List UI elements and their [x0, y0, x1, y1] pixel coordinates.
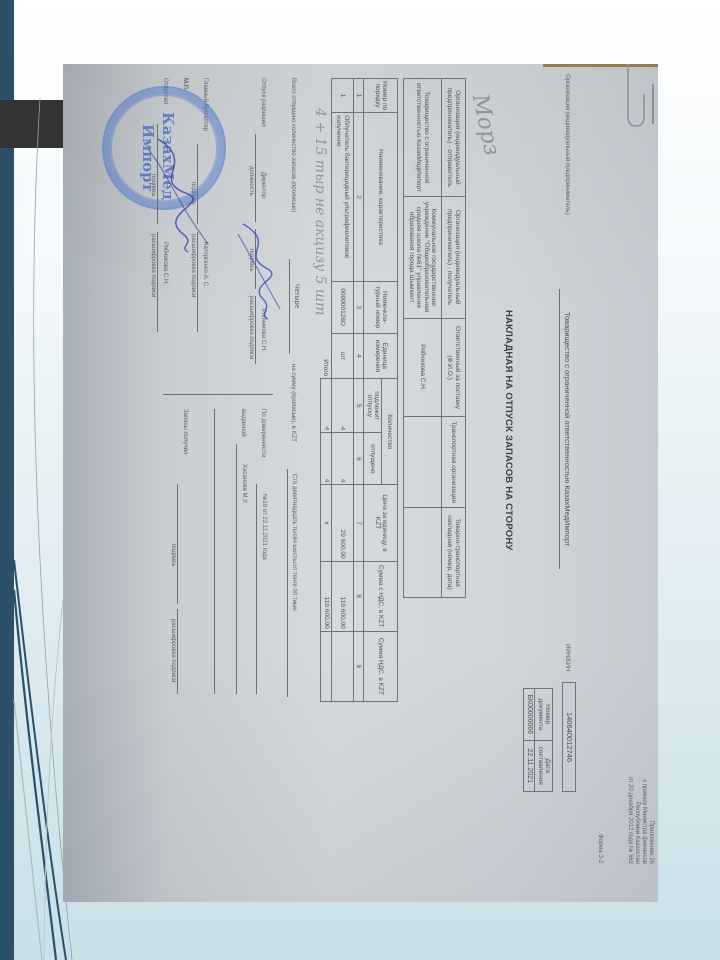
- director-position: Директор: [259, 172, 266, 198]
- position-caption: должность: [247, 166, 254, 196]
- row-nomenclature: 000000128О: [331, 281, 353, 333]
- org-name: Товарищество с ограниченной ответственно…: [562, 312, 571, 546]
- table-row: 1 Облучатель бактерицидный ультрафиолето…: [331, 79, 353, 702]
- position-line: [255, 134, 256, 222]
- column-numbers-row: 1 2 3 4 5 6 7 8 9: [353, 79, 363, 702]
- col-nomenclature-header: Номенкла-турный номер: [364, 281, 398, 333]
- divider-vertical: [163, 394, 273, 395]
- col-number: 9: [353, 631, 363, 701]
- total-qty-released: 4: [321, 433, 331, 485]
- row-qty-released: 4: [331, 433, 353, 485]
- col-number: 3: [353, 281, 363, 333]
- appendix-block: Приложение 26 к приказу Министра финансо…: [626, 724, 654, 864]
- transport-header: Транспортная организация: [442, 417, 466, 507]
- row-num: 1: [331, 79, 353, 113]
- issued-line: [236, 444, 237, 694]
- col-number: 2: [353, 113, 363, 282]
- col-quantity-header: Количество: [382, 379, 398, 485]
- transport-value: [404, 417, 442, 507]
- received-name-line: [177, 609, 178, 694]
- row-price: 29 900,00: [331, 485, 353, 561]
- col-number: 8: [353, 561, 363, 631]
- document-title: НАКЛАДНАЯ НА ОТПУСК ЗАПАСОВ НА СТОРОНУ: [502, 310, 513, 551]
- sender-value: Товарищество с ограниченной ответственно…: [404, 79, 442, 197]
- receiver-header: Организация (индивидуальный предпринимат…: [442, 196, 466, 318]
- org-label: Организация (индивидуальный предпринимат…: [563, 74, 570, 284]
- handwritten-mark: Морз: [467, 92, 505, 158]
- total-qty-underline: [289, 259, 290, 354]
- extra-line: [214, 409, 215, 694]
- total-price: х: [321, 485, 331, 561]
- col-number: 6: [353, 433, 363, 485]
- issued-label: выданной: [239, 409, 246, 437]
- org-underline: [559, 289, 560, 569]
- appendix-line-3: Республики Казахстан: [633, 724, 640, 864]
- items-table: Номер по порядку Наименование, характери…: [320, 78, 398, 702]
- waybill-value: [404, 507, 442, 597]
- total-qty-value: Четыре: [292, 284, 300, 308]
- waybill-header: Товарно-транспортная накладная (номер, д…: [442, 507, 466, 597]
- doc-date-label: Дата составления: [535, 740, 553, 792]
- received-decoding-caption: расшифровка подписи: [169, 619, 176, 682]
- power-of-attorney-label: По доверенности: [259, 409, 266, 457]
- appendix-line-2: к приказу Министра финансов: [640, 724, 647, 864]
- doc-date-value: 22.11.2021: [524, 740, 535, 792]
- doc-number-value: БК00000066: [524, 689, 535, 741]
- appendix-line-1: Приложение 26: [647, 724, 654, 864]
- bin-value: 140640012746: [563, 683, 575, 791]
- receiver-value: Коммунальное государственное учреждение …: [404, 196, 442, 318]
- row-vat: [331, 631, 353, 701]
- invoice-document: Морз Организация (индивидуальный предпри…: [63, 64, 658, 902]
- accountant-signature: [138, 134, 218, 254]
- parties-table: Организация (индивидуальный предпринимат…: [403, 78, 466, 598]
- doc-number-label: Номер документа: [535, 689, 553, 741]
- power-of-attorney-line: [256, 484, 257, 694]
- col-number: 4: [353, 333, 363, 379]
- total-vat: [321, 631, 331, 701]
- col-price-header: Цена за единицу, в KZT: [364, 485, 398, 561]
- release-allowed-label: Отпуск разрешил: [259, 78, 266, 127]
- total-sum-label: на сумму (прописью), в KZT: [289, 364, 296, 442]
- col-name-header: Наименование, характеристика: [364, 113, 398, 282]
- total-qty-release: 4: [321, 379, 331, 433]
- bin-box: 140640012746: [562, 682, 576, 792]
- col-qty-released-header: отпущено: [364, 433, 382, 485]
- col-number: 1: [353, 79, 363, 113]
- col-num-header: Номер по порядку: [364, 79, 398, 113]
- doc-number-date-table: Номер документа Дата составления БК00000…: [523, 688, 553, 792]
- received-signature-caption: подпись: [169, 544, 176, 567]
- col-unit-header: Единица измерения: [364, 333, 398, 379]
- col-qty-release-header: подлежит отпуску: [364, 379, 382, 433]
- issued-value: Хасанова М.У.: [240, 464, 247, 504]
- received-label: Запасы получил: [181, 409, 188, 454]
- responsible-value: Рябчикова С.Н.: [404, 318, 442, 417]
- total-sum-underline: [287, 469, 288, 697]
- row-unit: шт: [331, 333, 353, 379]
- power-of-attorney-value: №19 от 22.11.2021 года: [260, 494, 267, 560]
- col-sum-vat-header: Сумма с НДС, в KZT: [364, 561, 398, 631]
- received-signature-line: [177, 484, 178, 604]
- col-vat-header: Сумма НДС, в KZT: [364, 631, 398, 701]
- total-sum-vat: 119 600,00: [321, 561, 331, 631]
- form-number: Форма З-2: [596, 834, 603, 863]
- appendix-line-4: от 20 декабря 2012 года № 562: [626, 724, 633, 864]
- col-number: 7: [353, 485, 363, 561]
- row-qty-release: 4: [331, 379, 353, 433]
- row-sum-vat: 119 600,00: [331, 561, 353, 631]
- handwritten-note: 4 + 15 тыр не акцизу 5 шт: [312, 108, 328, 315]
- sender-header: Организация (индивидуальный предпринимат…: [442, 79, 466, 197]
- director-signature: [228, 214, 288, 324]
- responsible-header: Ответственный за поставку (Ф.И.О.): [442, 318, 466, 417]
- bin-label: ИИН/БИН: [563, 644, 570, 671]
- row-name: Облучатель бактерицидный ультрафиолетово…: [331, 113, 353, 282]
- total-qty-label: Всего отпущено количество запасов (пропи…: [289, 78, 296, 212]
- col-number: 5: [353, 379, 363, 433]
- total-sum-value: Сто девятнадцать тысяч шестьсот тенге 00…: [290, 474, 297, 611]
